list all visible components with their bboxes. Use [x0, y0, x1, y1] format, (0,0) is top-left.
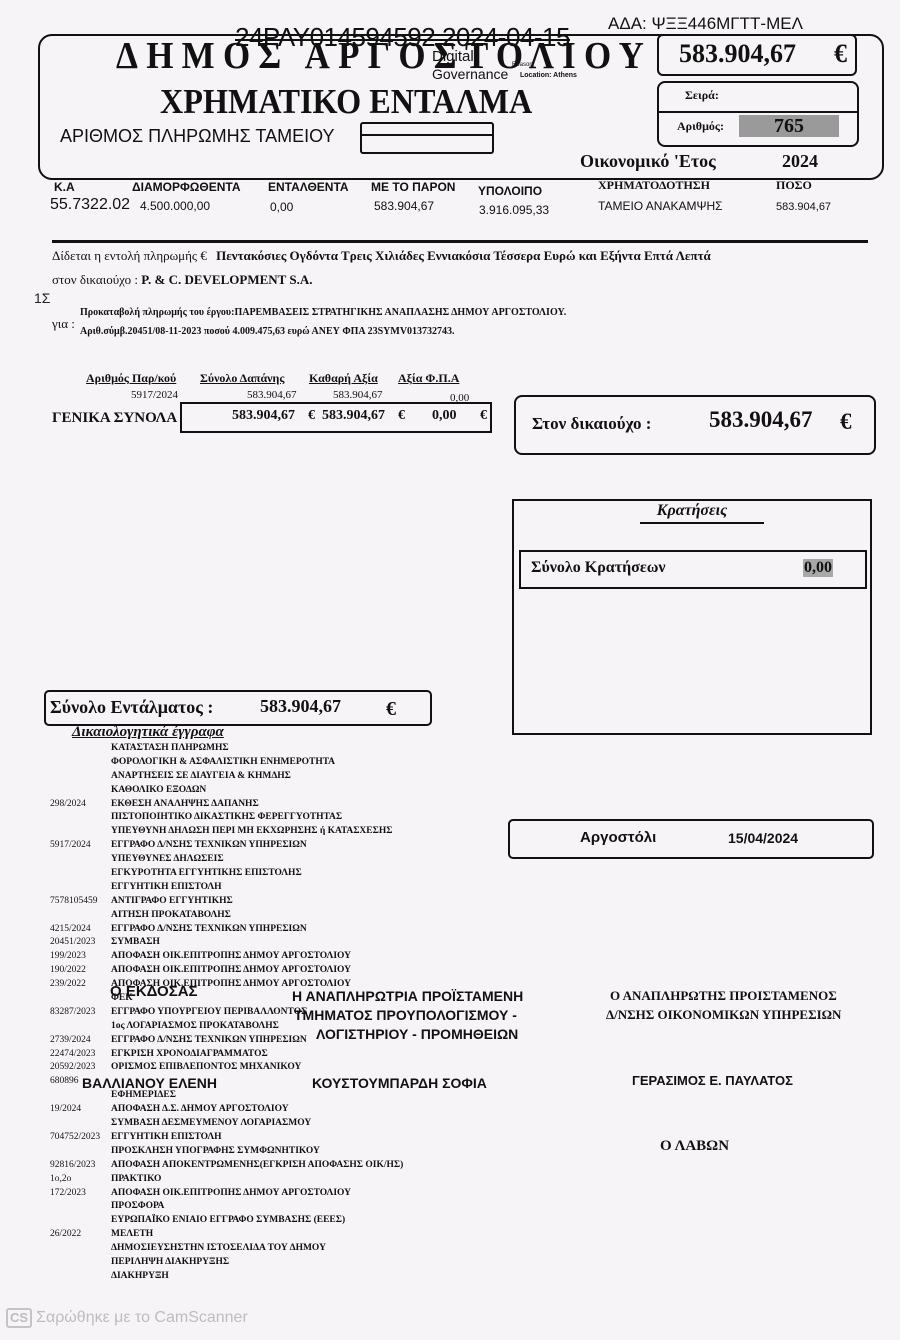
document-text: ΕΥΡΩΠΑΪΚΟ ΕΝΙΑΙΟ ΕΓΓΡΑΦΟ ΣΥΜΒΑΣΗΣ (ΕΕΕΣ) [111, 1214, 345, 1228]
list-item: ΣΥΜΒΑΣΗ ΔΕΣΜΕΥΜΕΝΟΥ ΛΟΓΑΡΙΑΣΜΟΥ [50, 1117, 490, 1131]
list-item: ΑΝΑΡΤΗΣΕΙΣ ΣΕ ΔΙΑΥΓΕΙΑ & ΚΗΜΔΗΣ [50, 770, 490, 784]
document-ref: 2739/2024 [50, 1034, 110, 1048]
document-text: ΚΑΘΟΛΙΚΟ ΕΞΟΔΩΝ [111, 784, 206, 798]
general-total-expense: 583.904,67 [232, 408, 295, 424]
document-text: ΠΙΣΤΟΠΟΙΗΤΙΚΟ ΔΙΚΑΣΤΙΚΗΣ ΦΕΡΕΓΓΥΟΤΗΤΑΣ [111, 811, 342, 825]
payment-order-line: Δίδεται η εντολή πληρωμής € Πεντακόσιες … [52, 248, 711, 264]
document-text: ΦΟΡΟΛΟΓΙΚΗ & ΑΣΦΑΛΙΣΤΙΚΗ ΕΝΗΜΕΡΟΤΗΤΑ [111, 756, 335, 770]
deputy-head-title-3: ΛΟΓΙΣΤΗΡΙΟΥ - ΠΡΟΜΗΘΕΙΩΝ [316, 1026, 518, 1042]
place: Αργοστόλι [580, 829, 656, 846]
issuer-name: ΒΑΛΛΙΑΝΟΥ ΕΛΕΝΗ [82, 1075, 217, 1091]
list-item: ΕΓΓΥΗΤΙΚΗ ΕΠΙΣΤΟΛΗ [50, 881, 490, 895]
document-text: ΣΥΜΒΑΣΗ ΔΕΣΜΕΥΜΕΝΟΥ ΛΟΓΑΡΙΑΣΜΟΥ [111, 1117, 311, 1131]
general-totals-box: 583.904,67 € 583.904,67 € 0,00 € [180, 402, 492, 433]
document-text: ΠΕΡΙΛΗΨΗ ΔΙΑΚΗΡΥΞΗΣ [111, 1256, 229, 1270]
euro-icon: € [834, 39, 847, 69]
number-label: Αριθμός: [677, 119, 724, 134]
divider [52, 240, 868, 243]
document-ref: 20451/2023 [50, 936, 110, 950]
list-item: ΠΕΡΙΛΗΨΗ ΔΙΑΚΗΡΥΞΗΣ [50, 1256, 490, 1270]
stamp-id: 24PAY014594592 2024-04-15 [235, 22, 570, 53]
beneficiary-box-label: Στον δικαιούχο : [532, 414, 651, 434]
list-item: ΔΙΑΚΗΡΥΞΗ [50, 1270, 490, 1284]
totals-header-invoice: Αριθμός Παρ/κού [86, 371, 176, 386]
euro-icon: € [840, 409, 852, 435]
warrant-total-box: Σύνολο Εντάλματος : 583.904,67 € [44, 690, 432, 726]
document-ref: 1ο,2ο [50, 1173, 110, 1187]
totals-header-net: Καθαρή Αξία [309, 371, 378, 386]
document-title: ΧΡΗΜΑΤΙΚΟ ΕΝΤΑΛΜΑ [160, 82, 532, 122]
document-text: ΜΕΛΕΤΗ [111, 1228, 153, 1242]
general-total-vat: 0,00 [432, 408, 457, 424]
beneficiary-label: στον δικαιούχο : [52, 272, 138, 287]
list-item: ΕΦΗΜΕΡΙΔΕΣ [50, 1089, 490, 1103]
budget-header-formed: ΔΙΑΜΟΡΦΩΘΕΝΤΑ [132, 180, 241, 194]
amount-in-words: Πεντακόσιες Ογδόντα Τρεις Χιλιάδες Εννια… [216, 248, 711, 263]
warrant-total-label: Σύνολο Εντάλματος : [50, 697, 213, 718]
document-text: ΠΡΟΣΚΛΗΣΗ ΥΠΟΓΡΑΦΗΣ ΣΥΜΦΩΝΗΤΙΚΟΥ [111, 1145, 320, 1159]
document-text: ΔΙΑΚΗΡΥΞΗ [111, 1270, 169, 1284]
payment-order-label: Δίδεται η εντολή πληρωμής € [52, 248, 207, 263]
document-ref: 83287/2023 [50, 1006, 110, 1020]
budget-ordered-value: 0,00 [270, 200, 293, 214]
document-ref: 704752/2023 [50, 1131, 110, 1145]
budget-balance-value: 3.916.095,33 [479, 203, 549, 217]
list-item: 92816/2023ΑΠΟΦΑΣΗ ΑΠΟΚΕΝΤΡΩΜΕΝΗΣ(ΕΓΚΡΙΣΗ… [50, 1159, 490, 1173]
document-text: ΑΠΟΦΑΣΗ ΟΙΚ.ΕΠΙΤΡΟΠΗΣ ΔΗΜΟΥ ΑΡΓΟΣΤΟΛΙΟΥ [111, 964, 351, 978]
list-item: 19/2024ΑΠΟΦΑΣΗ Δ.Σ. ΔΗΜΟΥ ΑΡΓΟΣΤΟΛΙΟΥ [50, 1103, 490, 1117]
budget-amount-value: 583.904,67 [776, 201, 831, 213]
handwritten-mark: 1Σ [34, 290, 50, 306]
document-text: ΕΓΓΥΗΤΙΚΗ ΕΠΙΣΤΟΛΗ [111, 1131, 222, 1145]
document-text: ΕΓΚΥΡΟΤΗΤΑ ΕΓΓΥΗΤΙΚΗΣ ΕΠΙΣΤΟΛΗΣ [111, 867, 302, 881]
document-ref: 22474/2023 [50, 1048, 110, 1062]
general-totals-label: ΓΕΝΙΚΑ ΣΥΝΟΛΑ [52, 410, 177, 427]
list-item: 22474/2023ΕΓΚΡΙΣΗ ΧΡΟΝΟΔΙΑΓΡΑΜΜΑΤΟΣ [50, 1048, 490, 1062]
deputy-head-title-1: Η ΑΝΑΠΛΗΡΩΤΡΙΑ ΠΡΟΪΣΤΑΜΕΝΗ [292, 988, 523, 1004]
list-item: ΦΟΡΟΛΟΓΙΚΗ & ΑΣΦΑΛΙΣΤΙΚΗ ΕΝΗΜΕΡΟΤΗΤΑ [50, 756, 490, 770]
payment-number-label: ΑΡΙΘΜΟΣ ΠΛΗΡΩΜΗΣ ΤΑΜΕΙΟΥ [60, 126, 335, 147]
director-title-2: Δ/ΝΣΗΣ ΟΙΚΟΝΟΜΙΚΩΝ ΥΠΗΡΕΣΙΩΝ [606, 1007, 841, 1023]
fiscal-year-label: Οικονομικό 'Ετος [580, 151, 716, 172]
digital-signature-reason: Reason: [512, 62, 572, 69]
camscanner-icon: CS [6, 1308, 32, 1328]
list-item: 26/2022ΜΕΛΕΤΗ [50, 1228, 490, 1242]
document-ref: 172/2023 [50, 1187, 110, 1201]
document-ref: 20592/2023 [50, 1061, 110, 1075]
purpose-label: για : [52, 316, 75, 332]
purpose-line-1: Προκαταβολή πληρωμής του έργου:ΠΑΡΕΜΒΑΣΕ… [80, 307, 566, 318]
document-text: ΔΗΜΟΣΙΕΥΣΗΣΤΗΝ ΙΣΤΟΣΕΛΙΔΑ ΤΟΥ ΔΗΜΟΥ [111, 1242, 326, 1256]
document-text: ΑΠΟΦΑΣΗ ΑΠΟΚΕΝΤΡΩΜΕΝΗΣ(ΕΓΚΡΙΣΗ ΑΠΟΦΑΣΗΣ … [111, 1159, 403, 1173]
digital-signature-governance: Governance [432, 66, 508, 82]
header-amount: 583.904,67 [679, 39, 796, 69]
retentions-title: Κρατήσεις [514, 502, 870, 520]
document-text: ΥΠΕΥΘΥΝΕΣ ΔΗΛΩΣΕΙΣ [111, 853, 224, 867]
document-text: ΑΠΟΦΑΣΗ ΟΙΚ.ΕΠΙΤΡΟΠΗΣ ΔΗΜΟΥ ΑΡΓΟΣΤΟΛΙΟΥ [111, 1187, 351, 1201]
document-text: ΕΓΚΡΙΣΗ ΧΡΟΝΟΔΙΑΓΡΑΜΜΑΤΟΣ [111, 1048, 268, 1062]
document-ref: 92816/2023 [50, 1159, 110, 1173]
beneficiary-name: P. & C. DEVELOPMENT S.A. [141, 272, 312, 287]
budget-header-amount: ΠΟΣΟ [776, 178, 812, 193]
document-text: ΚΑΤΑΣΤΑΣΗ ΠΛΗΡΩΜΗΣ [111, 742, 229, 756]
list-item: 298/2024ΕΚΘΕΣΗ ΑΝΑΛΗΨΗΣ ΔΑΠΑΝΗΣ [50, 798, 490, 812]
receiver-title: Ο ΛΑΒΩΝ [660, 1138, 729, 1155]
budget-header-ka: Κ.Α [54, 180, 75, 194]
euro-icon: € [480, 408, 487, 424]
euro-icon: € [398, 408, 405, 424]
document-text: ΥΠΕΥΘΥΝΗ ΔΗΛΩΣΗ ΠΕΡΙ ΜΗ ΕΚΧΩΡΗΣΗΣ ή ΚΑΤΑ… [111, 825, 392, 839]
series-label: Σειρά: [685, 88, 719, 103]
scanner-watermark: CS Σαρώθηκε με το CamScanner [6, 1308, 248, 1328]
document-ref: 7578105459 [50, 895, 110, 909]
document-text: 1ος ΛΟΓΑΡΙΑΣΜΟΣ ΠΡΟΚΑΤΑΒΟΛΗΣ [111, 1020, 279, 1034]
list-item: ΕΥΡΩΠΑΪΚΟ ΕΝΙΑΙΟ ΕΓΓΡΑΦΟ ΣΥΜΒΑΣΗΣ (ΕΕΕΣ) [50, 1214, 490, 1228]
digital-signature-location: Location: Athens [520, 72, 577, 79]
document-text: ΕΓΓΥΗΤΙΚΗ ΕΠΙΣΤΟΛΗ [111, 881, 222, 895]
director-title-1: Ο ΑΝΑΠΛΗΡΩΤΗΣ ΠΡΟΙΣΤΑΜΕΝΟΣ [610, 988, 837, 1004]
header-amount-box: 583.904,67 € [657, 34, 857, 76]
retentions-total-label: Σύνολο Κρατήσεων [531, 559, 666, 577]
document-text: ΟΡΙΣΜΟΣ ΕΠΙΒΛΕΠΟΝΤΟΣ ΜΗΧΑΝΙΚΟΥ [111, 1061, 301, 1075]
director-name: ΓΕΡΑΣΙΜΟΣ Ε. ΠΑΥΛΑΤΟΣ [632, 1073, 793, 1088]
document-text: ΕΓΓΡΑΦΟ Δ/ΝΣΗΣ ΤΕΧΝΙΚΩΝ ΥΠΗΡΕΣΙΩΝ [111, 839, 307, 853]
deputy-head-name: ΚΟΥΣΤΟΥΜΠΑΡΔΗ ΣΟΦΙΑ [312, 1075, 487, 1091]
list-item: 20451/2023ΣΥΜΒΑΣΗ [50, 936, 490, 950]
document-ref: 5917/2024 [50, 839, 110, 853]
series-number-box: Σειρά: Αριθμός: 765 [657, 81, 859, 147]
list-item: ΕΓΚΥΡΟΤΗΤΑ ΕΓΓΥΗΤΙΚΗΣ ΕΠΙΣΤΟΛΗΣ [50, 867, 490, 881]
document-text: ΕΓΓΡΑΦΟ Δ/ΝΣΗΣ ΤΕΧΝΙΚΩΝ ΥΠΗΡΕΣΙΩΝ [111, 923, 307, 937]
totals-header-expense: Σύνολο Δαπάνης [200, 371, 284, 386]
list-item: 199/2023ΑΠΟΦΑΣΗ ΟΙΚ.ΕΠΙΤΡΟΠΗΣ ΔΗΜΟΥ ΑΡΓΟ… [50, 950, 490, 964]
document-text: ΑΝΤΙΓΡΑΦΟ ΕΓΓΥΗΤΙΚΗΣ [111, 895, 233, 909]
place-date-box: Αργοστόλι 15/04/2024 [508, 819, 874, 859]
document-text: ΠΡΑΚΤΙΚΟ [111, 1173, 161, 1187]
totals-header-vat: Αξία Φ.Π.Α [398, 371, 459, 386]
retentions-total-value: 0,00 [803, 559, 833, 577]
document-ref: 4215/2024 [50, 923, 110, 937]
document-text: ΑΠΟΦΑΣΗ ΟΙΚ.ΕΠΙΤΡΟΠΗΣ ΔΗΜΟΥ ΑΡΓΟΣΤΟΛΙΟΥ [111, 950, 351, 964]
budget-header-funding: ΧΡΗΜΑΤΟΔΟΤΗΣΗ [598, 178, 710, 193]
list-item: ΑΙΤΗΣΗ ΠΡΟΚΑΤΑΒΟΛΗΣ [50, 909, 490, 923]
payment-number-field [360, 122, 494, 154]
budget-ka-value: 55.7322.02 [50, 196, 130, 214]
list-item: ΚΑΘΟΛΙΚΟ ΕΞΟΔΩΝ [50, 784, 490, 798]
document-ref: 26/2022 [50, 1228, 110, 1242]
list-item: ΠΡΟΣΦΟΡΑ [50, 1200, 490, 1214]
list-item: 5917/2024ΕΓΓΡΑΦΟ Δ/ΝΣΗΣ ΤΕΧΝΙΚΩΝ ΥΠΗΡΕΣΙ… [50, 839, 490, 853]
document-text: ΠΡΟΣΦΟΡΑ [111, 1200, 164, 1214]
divider [640, 522, 764, 524]
digital-signature-label: Digital [432, 48, 474, 65]
list-item: 1ο,2οΠΡΑΚΤΙΚΟ [50, 1173, 490, 1187]
document-ref: 19/2024 [50, 1103, 110, 1117]
budget-formed-value: 4.500.000,00 [140, 199, 210, 213]
document-ref: 239/2022 [50, 978, 110, 992]
euro-icon: € [386, 698, 396, 721]
retentions-total-row: Σύνολο Κρατήσεων 0,00 [519, 550, 867, 589]
number-value: 765 [739, 115, 839, 137]
document-text: ΑΝΑΡΤΗΣΕΙΣ ΣΕ ΔΙΑΥΓΕΙΑ & ΚΗΜΔΗΣ [111, 770, 291, 784]
list-item: 704752/2023ΕΓΓΥΗΤΙΚΗ ΕΠΙΣΤΟΛΗ [50, 1131, 490, 1145]
general-total-net: 583.904,67 [322, 408, 385, 424]
list-item: ΚΑΤΑΣΤΑΣΗ ΠΛΗΡΩΜΗΣ [50, 742, 490, 756]
fiscal-year: 2024 [782, 151, 818, 172]
warrant-total-amount: 583.904,67 [260, 696, 341, 717]
retentions-box: Κρατήσεις Σύνολο Κρατήσεων 0,00 [512, 499, 872, 735]
totals-net-value: 583.904,67 [333, 389, 383, 401]
divider [659, 111, 857, 113]
document-ref: 298/2024 [50, 798, 110, 812]
list-item: 7578105459ΑΝΤΙΓΡΑΦΟ ΕΓΓΥΗΤΙΚΗΣ [50, 895, 490, 909]
beneficiary-box-amount: 583.904,67 [709, 407, 813, 433]
issuer-title: Ο ΕΚΔΟΣΑΣ [110, 983, 198, 1000]
budget-header-current: ΜΕ ΤΟ ΠΑΡΟΝ [371, 180, 455, 194]
supporting-documents-title: Δικαιολογητικά έγγραφα [72, 724, 224, 741]
document-text: ΑΠΟΦΑΣΗ Δ.Σ. ΔΗΜΟΥ ΑΡΓΟΣΤΟΛΙΟΥ [111, 1103, 289, 1117]
budget-header-ordered: ΕΝΤΑΛΘΕΝΤΑ [268, 180, 349, 194]
list-item: 172/2023ΑΠΟΦΑΣΗ ΟΙΚ.ΕΠΙΤΡΟΠΗΣ ΔΗΜΟΥ ΑΡΓΟ… [50, 1187, 490, 1201]
document-ref: 190/2022 [50, 964, 110, 978]
totals-expense-value: 583.904,67 [247, 389, 297, 401]
scanner-watermark-text: Σαρώθηκε με το CamScanner [36, 1309, 248, 1327]
budget-header-balance: ΥΠΟΛΟΙΠΟ [478, 184, 542, 198]
document-text: ΣΥΜΒΑΣΗ [111, 936, 160, 950]
list-item: ΠΙΣΤΟΠΟΙΗΤΙΚΟ ΔΙΚΑΣΤΙΚΗΣ ΦΕΡΕΓΓΥΟΤΗΤΑΣ [50, 811, 490, 825]
beneficiary-amount-box: Στον δικαιούχο : 583.904,67 € [514, 395, 876, 455]
document-text: ΕΚΘΕΣΗ ΑΝΑΛΗΨΗΣ ΔΑΠΑΝΗΣ [111, 798, 259, 812]
beneficiary-line: στον δικαιούχο : P. & C. DEVELOPMENT S.A… [52, 272, 312, 288]
list-item: ΥΠΕΥΘΥΝΕΣ ΔΗΛΩΣΕΙΣ [50, 853, 490, 867]
purpose-line-2: Αριθ.σύμβ.20451/08-11-2023 ποσού 4.009.4… [80, 326, 455, 337]
totals-invoice-value: 5917/2024 [131, 389, 178, 401]
document-text: ΕΓΓΡΑΦΟ ΥΠΟΥΡΓΕΙΟΥ ΠΕΡΙΒΑΛΛΟΝΤΟΣ [111, 1006, 307, 1020]
list-item: ΥΠΕΥΘΥΝΗ ΔΗΛΩΣΗ ΠΕΡΙ ΜΗ ΕΚΧΩΡΗΣΗΣ ή ΚΑΤΑ… [50, 825, 490, 839]
list-item: 20592/2023ΟΡΙΣΜΟΣ ΕΠΙΒΛΕΠΟΝΤΟΣ ΜΗΧΑΝΙΚΟΥ [50, 1061, 490, 1075]
euro-icon: € [308, 408, 315, 424]
budget-current-value: 583.904,67 [374, 199, 434, 213]
list-item: ΔΗΜΟΣΙΕΥΣΗΣΤΗΝ ΙΣΤΟΣΕΛΙΔΑ ΤΟΥ ΔΗΜΟΥ [50, 1242, 490, 1256]
issue-date: 15/04/2024 [728, 830, 798, 846]
list-item: ΠΡΟΣΚΛΗΣΗ ΥΠΟΓΡΑΦΗΣ ΣΥΜΦΩΝΗΤΙΚΟΥ [50, 1145, 490, 1159]
document-text: ΑΙΤΗΣΗ ΠΡΟΚΑΤΑΒΟΛΗΣ [111, 909, 231, 923]
document-ref: 199/2023 [50, 950, 110, 964]
budget-funding-value: ΤΑΜΕΙΟ ΑΝΑΚΑΜΨΗΣ [598, 199, 723, 213]
document-text: ΕΦΗΜΕΡΙΔΕΣ [111, 1089, 176, 1103]
document-text: ΕΓΓΡΑΦΟ Δ/ΝΣΗΣ ΤΕΧΝΙΚΩΝ ΥΠΗΡΕΣΙΩΝ [111, 1034, 307, 1048]
list-item: 4215/2024ΕΓΓΡΑΦΟ Δ/ΝΣΗΣ ΤΕΧΝΙΚΩΝ ΥΠΗΡΕΣΙ… [50, 923, 490, 937]
ada-code: ΑΔΑ: ΨΞΞ446ΜΓΤΤ-ΜΕΛ [608, 14, 803, 34]
list-item: 190/2022ΑΠΟΦΑΣΗ ΟΙΚ.ΕΠΙΤΡΟΠΗΣ ΔΗΜΟΥ ΑΡΓΟ… [50, 964, 490, 978]
deputy-head-title-2: ΤΜΗΜΑΤΟΣ ΠΡΟΥΠΟΛΟΓΙΣΜΟΥ - [294, 1007, 517, 1023]
